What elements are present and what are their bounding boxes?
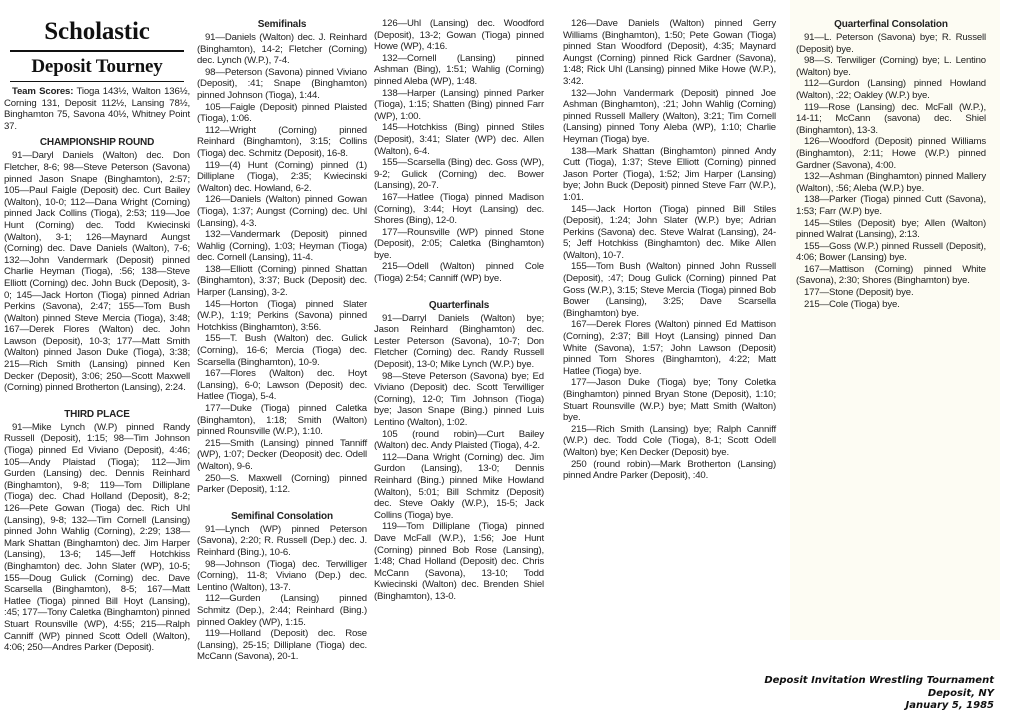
- quarterfinal-item: 98—Steve Peterson (Savona) bye; Ed Vivia…: [374, 371, 544, 429]
- caption-date: January 5, 1985: [764, 700, 994, 713]
- semifinal-consolation-item: 119—Holland (Deposit) dec. Rose (Lansing…: [197, 628, 367, 663]
- column-4: 126—Dave Daniels (Walton) pinned Gerry W…: [563, 18, 776, 482]
- quarterfinal-item: 215—Rich Smith (Lansing) bye; Ralph Cann…: [563, 424, 776, 459]
- quarterfinal-consolation-item: 119—Rose (Lansing) dec. McFall (W.P.), 1…: [796, 102, 986, 137]
- championship-results: 91—Daryl Daniels (Walton) dec. Don Fletc…: [4, 150, 190, 393]
- quarterfinal-consolation-item: 132—Ashman (Binghamton) pinned Mallery (…: [796, 171, 986, 194]
- semifinal-item: 250—S. Maxwell (Corning) pinned Parker (…: [197, 473, 367, 496]
- semifinal-item: 98—Peterson (Savona) pinned Viviano (Dep…: [197, 67, 367, 102]
- quarterfinal-item: 119—Tom Dilliplane (Tioga) pinned Dave M…: [374, 521, 544, 602]
- quarterfinal-consolation-item: 145—Stiles (Deposit) bye; Allen (Walton)…: [796, 218, 986, 241]
- third-place-heading: THIRD PLACE: [4, 408, 190, 421]
- quarterfinal-item: 177—Jason Duke (Tioga) bye; Tony Coletka…: [563, 377, 776, 423]
- quarterfinal-consolation-item: 167—Mattison (Corning) pinned White (Sav…: [796, 264, 986, 287]
- semifinal-consolation-item: 91—Lynch (WP) pinned Peterson (Savona), …: [197, 524, 367, 559]
- quarterfinal-item: 91—Darryl Daniels (Walton) bye; Jason Re…: [374, 313, 544, 371]
- semifinal-consolation-item: 167—Hatlee (Tioga) pinned Madison (Corni…: [374, 192, 544, 227]
- headline-rule: [10, 81, 184, 82]
- semifinal-consolation-item: 132—Cornell (Lansing) pinned Ashman (Bin…: [374, 53, 544, 88]
- semifinal-item: 132—Vandermark (Deposit) pinned Wahlig (…: [197, 229, 367, 264]
- quarterfinal-item: 155—Tom Bush (Walton) pinned John Russel…: [563, 261, 776, 319]
- quarterfinal-item: 250 (round robin)—Mark Brotherton (Lansi…: [563, 459, 776, 482]
- quarterfinal-consolation-heading: Quarterfinal Consolation: [796, 18, 986, 31]
- caption-event: Deposit Invitation Wrestling Tournament: [764, 675, 994, 688]
- semifinal-consolation-heading: Semifinal Consolation: [197, 510, 367, 523]
- team-scores-label: Team Scores:: [12, 86, 73, 97]
- third-place-results: 91—Mike Lynch (W.P) pinned Randy Russell…: [4, 422, 190, 654]
- semifinal-item: 155—T. Bush (Walton) dec. Gulick (Cornin…: [197, 333, 367, 368]
- quarterfinal-item: 112—Dana Wright (Corning) dec. Jim Gurdo…: [374, 452, 544, 522]
- column-5: Quarterfinal Consolation 91—L. Peterson …: [796, 18, 986, 310]
- quarterfinal-consolation-item: 91—L. Peterson (Savona) bye; R. Russell …: [796, 32, 986, 55]
- semifinal-item: 138—Elliott (Corning) pinned Shattan (Bi…: [197, 264, 367, 299]
- semifinal-item: 91—Daniels (Walton) dec. J. Reinhard (Bi…: [197, 32, 367, 67]
- semifinal-consolation-item: 138—Harper (Lansing) pinned Parker (Tiog…: [374, 88, 544, 123]
- quarterfinal-item: 167—Derek Flores (Walton) pinned Ed Matt…: [563, 319, 776, 377]
- semifinal-consolation-item: 98—Johnson (Tioga) dec. Terwilliger (Cor…: [197, 559, 367, 594]
- semifinal-consolation-item: 145—Hotchkiss (Bing) pinned Stiles (Depo…: [374, 122, 544, 157]
- quarterfinal-consolation-item: 126—Woodford (Deposit) pinned Williams (…: [796, 136, 986, 171]
- column-3: 126—Uhl (Lansing) dec. Woodford (Deposit…: [374, 18, 544, 603]
- masthead-rule: [10, 50, 184, 52]
- championship-heading: CHAMPIONSHIP ROUND: [4, 136, 190, 149]
- quarterfinal-consolation-item: 112—Gurdon (Lansing) pinned Howland (Wal…: [796, 78, 986, 101]
- semifinal-consolation-item: 177—Rounsville (WP) pinned Stone (Deposi…: [374, 227, 544, 262]
- semifinal-consolation-item: 215—Odell (Walton) pinned Cole (Tioga) 2…: [374, 261, 544, 284]
- semifinal-consolation-item: 155—Scarsella (Bing) dec. Goss (WP), 9-2…: [374, 157, 544, 192]
- newspaper-clipping: Scholastic Deposit Tourney Team Scores: …: [0, 0, 1024, 717]
- quarterfinal-item: 126—Dave Daniels (Walton) pinned Gerry W…: [563, 18, 776, 88]
- column-2: Semifinals 91—Daniels (Walton) dec. J. R…: [197, 18, 367, 663]
- semifinal-item: 112—Wright (Corning) pinned Reinhard (Bi…: [197, 125, 367, 160]
- semifinal-item: 126—Daniels (Walton) pinned Gowan (Tioga…: [197, 194, 367, 229]
- quarterfinal-consolation-item: 155—Goss (W.P.) pinned Russell (Deposit)…: [796, 241, 986, 264]
- quarterfinal-consolation-item: 215—Cole (Tioga) bye.: [796, 299, 986, 311]
- headline: Deposit Tourney: [4, 56, 190, 78]
- quarterfinal-item: 145—Jack Horton (Tioga) pinned Bill Stil…: [563, 204, 776, 262]
- quarterfinal-item: 138—Mark Shattan (Binghamton) pinned And…: [563, 146, 776, 204]
- caption-location: Deposit, NY: [764, 688, 994, 701]
- semifinal-item: 145—Horton (Tioga) pinned Slater (W.P.),…: [197, 299, 367, 334]
- semifinal-item: 119—(4) Hunt (Corning) pinned (1) Dillip…: [197, 160, 367, 195]
- quarterfinal-consolation-item: 177—Stone (Deposit) bye.: [796, 287, 986, 299]
- semifinal-item: 167—Flores (Walton) dec. Hoyt (Lansing),…: [197, 368, 367, 403]
- column-1: Scholastic Deposit Tourney Team Scores: …: [4, 16, 190, 654]
- masthead: Scholastic: [4, 18, 190, 46]
- quarterfinal-item: 105 (round robin)—Curt Bailey (Walton) d…: [374, 429, 544, 452]
- semifinal-item: 105—Faigle (Deposit) pinned Plaisted (Ti…: [197, 102, 367, 125]
- quarterfinal-item: 132—John Vandermark (Deposit) pinned Joe…: [563, 88, 776, 146]
- quarterfinal-consolation-item: 98—S. Terwiliger (Corning) bye; L. Lenti…: [796, 55, 986, 78]
- quarterfinal-consolation-item: 138—Parker (Tioga) pinned Cutt (Savona),…: [796, 194, 986, 217]
- semifinal-item: 177—Duke (Tioga) pinned Caletka (Bingham…: [197, 403, 367, 438]
- photo-caption: Deposit Invitation Wrestling Tournament …: [764, 675, 994, 713]
- quarterfinals-heading: Quarterfinals: [374, 299, 544, 312]
- semifinal-consolation-item: 126—Uhl (Lansing) dec. Woodford (Deposit…: [374, 18, 544, 53]
- semifinal-consolation-item: 112—Gurden (Lansing) pinned Schmitz (Dep…: [197, 593, 367, 628]
- semifinals-heading: Semifinals: [197, 18, 367, 31]
- semifinal-item: 215—Smith (Lansing) pinned Tanniff (WP),…: [197, 438, 367, 473]
- team-scores: Team Scores: Tioga 143½, Walton 136½, Co…: [4, 86, 190, 132]
